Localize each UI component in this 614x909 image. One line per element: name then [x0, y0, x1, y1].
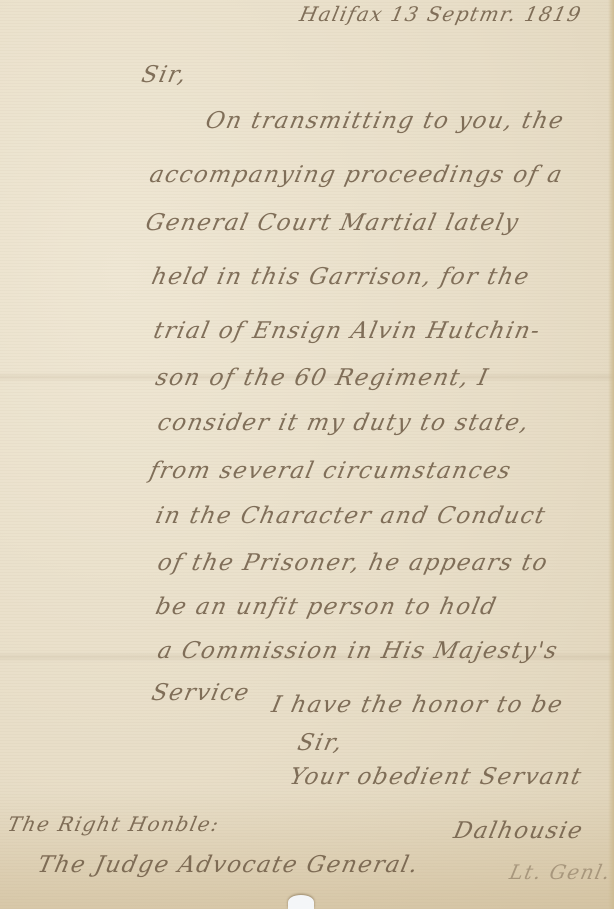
body-line: a Commission in His Majesty's: [155, 638, 561, 664]
body-line: On transmitting to you, the: [203, 108, 567, 134]
body-line: accompanying proceedings of a: [147, 162, 565, 188]
paper-edge: [608, 0, 614, 909]
body-line: held in this Garrison, for the: [149, 264, 532, 290]
body-line: General Court Martial lately: [143, 210, 522, 236]
paper-stain: [0, 789, 614, 909]
body-line: son of the 60 Regiment, I: [153, 365, 491, 391]
closing-line: I have the honor to be: [269, 692, 566, 718]
letter-page: Halifax 13 Septmr. 1819 Sir, On transmit…: [0, 0, 614, 909]
closing-line: Sir,: [295, 730, 345, 756]
body-line: of the Prisoner, he appears to: [155, 550, 551, 576]
body-line: trial of Ensign Alvin Hutchin-: [151, 318, 543, 344]
body-line: Service: [149, 680, 252, 706]
body-line: from several circumstances: [147, 458, 514, 484]
addressee-line: The Right Honble:: [5, 812, 222, 836]
body-line: consider it my duty to state,: [155, 410, 532, 436]
addressee-line: The Judge Advocate General.: [35, 852, 421, 878]
paper-tear: [288, 895, 314, 909]
body-line: be an unfit person to hold: [153, 594, 499, 620]
dateline: Halifax 13 Septmr. 1819: [297, 2, 584, 26]
signature-note: Lt. Genl.: [507, 860, 613, 884]
signature: Dalhousie: [451, 818, 586, 844]
body-line: in the Character and Conduct: [153, 503, 548, 529]
closing-line: Your obedient Servant: [287, 764, 585, 790]
salutation: Sir,: [139, 62, 189, 88]
